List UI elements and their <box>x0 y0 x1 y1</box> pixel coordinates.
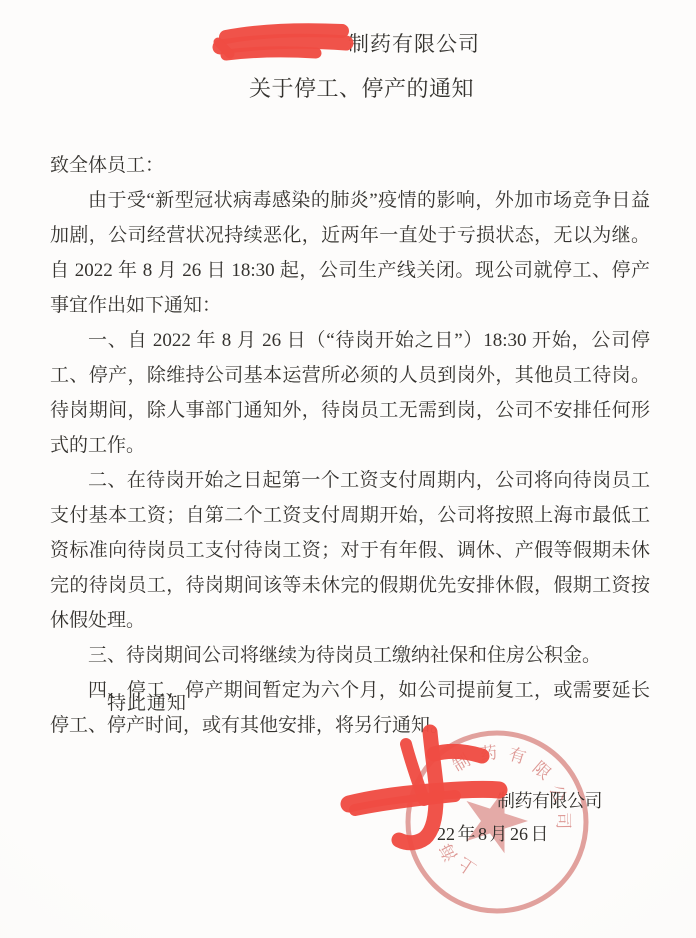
closing-phrase: 特此通知 <box>107 688 187 715</box>
redaction-scribble-bottom <box>335 718 520 863</box>
paragraph-item-1: 一、自 2022 年 8 月 26 日（“待岗开始之日”）18:30 开始，公司… <box>50 323 650 463</box>
stamp-ring-char: 司 <box>553 812 572 829</box>
paragraph-intro: 由于受“新型冠状病毒感染的肺炎”疫情的影响，外加市场竞争日益加剧，公司经营状况持… <box>50 183 650 323</box>
paragraph-item-2: 二、在待岗开始之日起第一个工资支付周期内，公司将向待岗员工支付基本工资；自第二个… <box>50 463 650 638</box>
notice-document-page: 制药有限公司 关于停工、停产的通知 致全体员工： 由于受“新型冠状病毒感染的肺炎… <box>0 0 696 938</box>
redaction-scribble-top <box>212 16 362 68</box>
company-name-suffix: 制药有限公司 <box>348 28 480 58</box>
notice-title: 关于停工、停产的通知 <box>249 72 474 103</box>
stamp-ring-char: 限 <box>529 758 554 783</box>
notice-body: 致全体员工： 由于受“新型冠状病毒感染的肺炎”疫情的影响，外加市场竞争日益加剧，… <box>50 148 650 743</box>
salutation: 致全体员工： <box>50 148 650 183</box>
paragraph-item-3: 三、待岗期间公司将继续为待岗员工缴纳社保和住房公积金。 <box>50 638 650 673</box>
